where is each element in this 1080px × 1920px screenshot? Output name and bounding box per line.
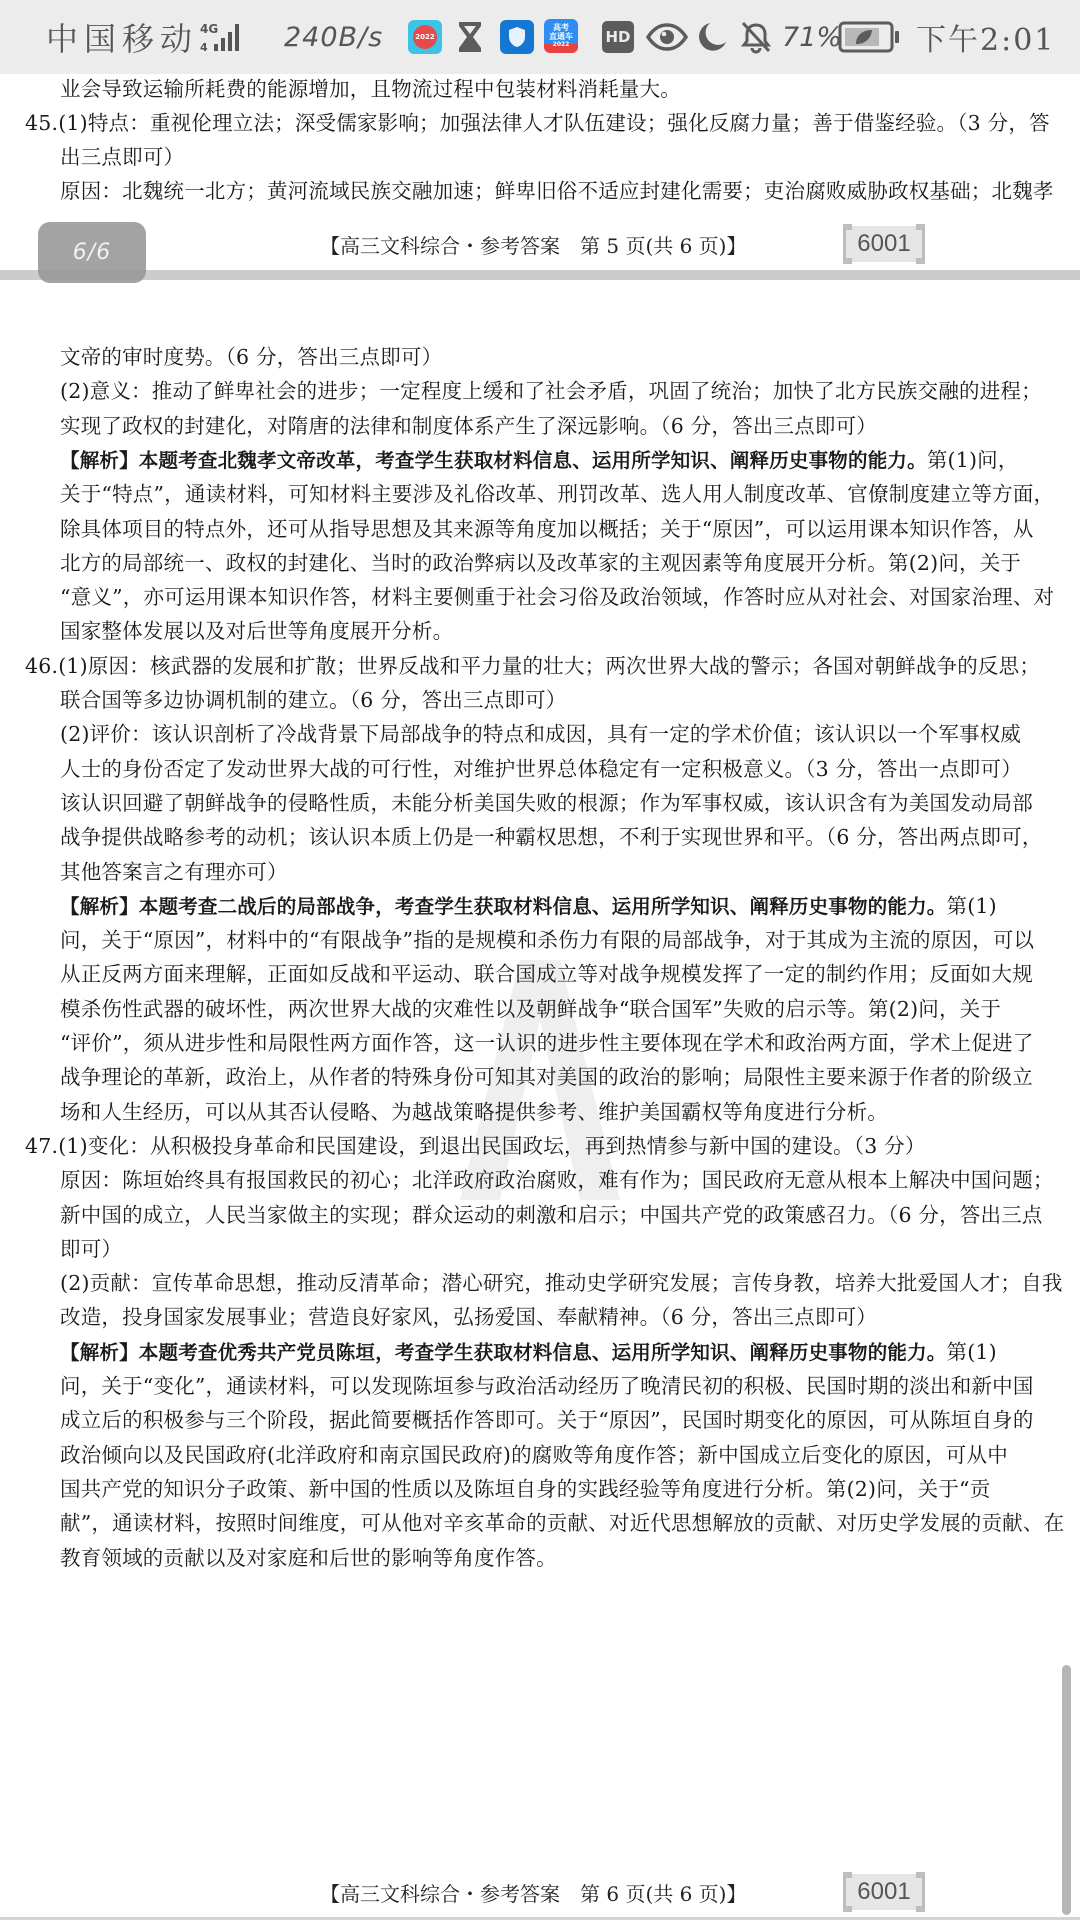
line-text: 联合国等多边协调机制的建立。（6 分，答出三点即可） xyxy=(60,688,567,712)
text-line: 国家整体发展以及对后世等角度展开分析。 xyxy=(60,614,453,648)
text-line: 除具体项目的特点外，还可从指导思想及其来源等角度加以概括；关于“原因”，可以运用… xyxy=(60,512,1034,546)
page-6-code: 6001 xyxy=(846,1874,922,1910)
text-line: 业会导致运输所耗费的能源增加，且物流过程中包装材料消耗量大。 xyxy=(60,72,681,106)
line-text: 教育领域的贡献以及对家庭和后世的影响等角度作答。 xyxy=(60,1546,557,1570)
line-text: 从正反两方面来理解，正面如反战和平运动、联合国成立等对战争规模发挥了一定的制约作… xyxy=(60,962,1033,986)
bell-muted-icon xyxy=(740,0,772,74)
svg-text:4: 4 xyxy=(200,41,208,54)
text-line: 45.(1)特点：重视伦理立法；深受儒家影响；加强法律人才队伍建设；强化反腐力量… xyxy=(25,106,1050,140)
line-text: 国家整体发展以及对后世等角度展开分析。 xyxy=(60,619,453,643)
analysis-heading: 【解析】本题考查二战后的局部战争，考查学生获取材料信息、运用所学知识、阐释历史事… xyxy=(60,895,947,918)
text-line: (2)意义：推动了鲜卑社会的进步；一定程度上缓和了社会矛盾，巩固了统治；加快了北… xyxy=(60,374,1042,408)
text-line: 关于“特点”，通读材料，可知材料主要涉及礼俗改革、刑罚改革、选人用人制度改革、官… xyxy=(60,477,1054,511)
text-line: 从正反两方面来理解，正面如反战和平运动、联合国成立等对战争规模发挥了一定的制约作… xyxy=(60,957,1033,991)
line-text: 第(1)问， xyxy=(927,448,1019,472)
analysis-line: 【解析】本题考查北魏孝文帝改革，考查学生获取材料信息、运用所学知识、阐释历史事物… xyxy=(60,443,1019,478)
line-text: 国共产党的知识分子政策、新中国的性质以及陈垣自身的实践经验等角度进行分析。第(2… xyxy=(60,1477,990,1501)
line-text: 原因：陈垣始终具有报国救民的初心；北洋政府政治腐败，难有作为；国民政府无意从根本… xyxy=(60,1168,1054,1192)
line-text: 46.(1)原因：核武器的发展和扩散；世界反战和平力量的壮大；两次世界大战的警示… xyxy=(25,654,1040,678)
analysis-heading: 【解析】本题考查北魏孝文帝改革，考查学生获取材料信息、运用所学知识、阐释历史事物… xyxy=(60,449,927,472)
line-text: 该认识回避了朝鲜战争的侵略性质，未能分析美国失败的根源；作为军事权威，该认识含有… xyxy=(60,791,1033,815)
line-text: 新中国的成立，人民当家做主的实现；群众运动的刺激和启示；中国共产党的政策感召力。… xyxy=(60,1203,1043,1227)
line-text: 成立后的积极参与三个阶段，据此简要概括作答即可。关于“原因”，民国时期变化的原因… xyxy=(60,1408,1034,1432)
line-text: 战争理论的革新，政治上，从作者的特殊身份可知其对美国的政治的影响；局限性主要来源… xyxy=(60,1065,1033,1089)
shield-app-icon xyxy=(500,20,534,54)
text-line: 联合国等多边协调机制的建立。（6 分，答出三点即可） xyxy=(60,683,567,717)
text-line: 模杀伤性武器的破坏性，两次世界大战的灾难性以及朝鲜战争“联合国军”失败的启示等。… xyxy=(60,992,1001,1026)
text-line: 该认识回避了朝鲜战争的侵略性质，未能分析美国失败的根源；作为军事权威，该认识含有… xyxy=(60,786,1033,820)
line-text: 关于“特点”，通读材料，可知材料主要涉及礼俗改革、刑罚改革、选人用人制度改革、官… xyxy=(60,482,1054,506)
analysis-line: 【解析】本题考查优秀共产党员陈垣，考查学生获取材料信息、运用所学知识、阐释历史事… xyxy=(60,1335,997,1370)
line-text: 问，关于“变化”，通读材料，可以发现陈垣参与政治活动经历了晚清民初的积极、民国时… xyxy=(60,1374,1034,1398)
text-line: 北方的局部统一、政权的封建化、当时的政治弊病以及改革家的主观因素等角度展开分析。… xyxy=(60,546,1021,580)
do-not-disturb-moon-icon xyxy=(696,0,728,74)
zhitongche-year: 2022 xyxy=(553,41,570,49)
page-5-code: 6001 xyxy=(846,226,922,262)
zhitongche-label: 高考 xyxy=(553,23,569,32)
line-text: 人士的身份否定了发动世界大战的可行性，对维护世界总体稳定有一定积极意义。（3 分… xyxy=(60,757,1022,781)
line-text: (2)贡献：宣传革命思想，推动反清革命；潜心研究，推动史学研究发展；言传身教，培… xyxy=(60,1271,1063,1295)
text-line: 新中国的成立，人民当家做主的实现；群众运动的刺激和启示；中国共产党的政策感召力。… xyxy=(60,1198,1043,1232)
signal-4g-icon: 4G 4 xyxy=(200,0,248,74)
clock: 下午2:01 xyxy=(916,0,1055,74)
analysis-heading: 【解析】本题考查优秀共产党员陈垣，考查学生获取材料信息、运用所学知识、阐释历史事… xyxy=(60,1341,947,1364)
carrier-name: 中国移动 xyxy=(46,0,198,74)
hd-icon: HD xyxy=(602,21,634,53)
line-text: 场和人生经历，可以从其否认侵略、为越战策略提供参考、维护美国霸权等角度进行分析。 xyxy=(60,1100,888,1124)
text-line: 人士的身份否定了发动世界大战的可行性，对维护世界总体稳定有一定积极意义。（3 分… xyxy=(60,752,1022,786)
text-line: 战争理论的革新，政治上，从作者的特殊身份可知其对美国的政治的影响；局限性主要来源… xyxy=(60,1060,1033,1094)
text-line: 教育领域的贡献以及对家庭和后世的影响等角度作答。 xyxy=(60,1541,557,1575)
page-separator xyxy=(0,270,1080,280)
line-text: 问，关于“原因”，材料中的“有限战争”指的是规模和杀伤力有限的局部战争，对于其成… xyxy=(60,928,1034,952)
text-line: (2)评价：该认识剖析了冷战背景下局部战争的特点和成因，具有一定的学术价值；该认… xyxy=(60,717,1021,751)
line-text: 改造，投身国家发展事业；营造良好家风，弘扬爱国、奉献精神。（6 分，答出三点即可… xyxy=(60,1305,877,1329)
svg-text:4G: 4G xyxy=(200,22,218,36)
text-line: 国共产党的知识分子政策、新中国的性质以及陈垣自身的实践经验等角度进行分析。第(2… xyxy=(60,1472,990,1506)
line-text: 即可） xyxy=(60,1237,122,1261)
line-text: (2)评价：该认识剖析了冷战背景下局部战争的特点和成因，具有一定的学术价值；该认… xyxy=(60,722,1021,746)
text-line: 其他答案言之有理亦可） xyxy=(60,855,288,889)
battery-saver-icon xyxy=(838,0,902,74)
line-text: “意义”，亦可运用课本知识作答，材料主要侧重于社会习俗及政治领域，作答时应从对社… xyxy=(60,585,1054,609)
text-line: 原因：北魏统一北方；黄河流域民族交融加速；鲜卑旧俗不适应封建化需要；吏治腐败威胁… xyxy=(60,174,1054,208)
zhitongche-label-2: 直通车 xyxy=(549,32,573,41)
text-line: 46.(1)原因：核武器的发展和扩散；世界反战和平力量的壮大；两次世界大战的警示… xyxy=(25,649,1040,683)
page-indicator: 6/6 xyxy=(38,222,146,283)
text-line: 实现了政权的封建化，对隋唐的法律和制度体系产生了深远影响。（6 分，答出三点即可… xyxy=(60,409,877,443)
line-text: (2)意义：推动了鲜卑社会的进步；一定程度上缓和了社会矛盾，巩固了统治；加快了北… xyxy=(60,379,1042,403)
text-line: 47.(1)变化：从积极投身革命和民国建设，到退出民国政坛，再到热情参与新中国的… xyxy=(25,1129,926,1163)
line-text: 政治倾向以及民国政府(北洋政府和南京国民政府)的腐败等角度作答；新中国成立后变化… xyxy=(60,1443,1008,1467)
scrollbar[interactable] xyxy=(1062,1665,1071,1915)
text-line: 文帝的审时度势。（6 分，答出三点即可） xyxy=(60,340,442,374)
line-text: 47.(1)变化：从积极投身革命和民国建设，到退出民国政坛，再到热情参与新中国的… xyxy=(25,1134,926,1158)
gaokao-2022-app-icon: 2022 xyxy=(408,20,442,54)
line-text: 第(1) xyxy=(947,1340,997,1364)
text-line: 问，关于“原因”，材料中的“有限战争”指的是规模和杀伤力有限的局部战争，对于其成… xyxy=(60,923,1034,957)
line-text: 其他答案言之有理亦可） xyxy=(60,860,288,884)
eye-comfort-icon xyxy=(646,0,688,74)
line-text: 战争提供战略参考的动机；该认识本质上仍是一种霸权思想，不利于实现世界和平。（6 … xyxy=(60,825,1043,849)
battery-percent: 71% xyxy=(782,0,842,74)
text-line: 政治倾向以及民国政府(北洋政府和南京国民政府)的腐败等角度作答；新中国成立后变化… xyxy=(60,1438,1008,1472)
text-line: 战争提供战略参考的动机；该认识本质上仍是一种霸权思想，不利于实现世界和平。（6 … xyxy=(60,820,1043,854)
network-speed: 240B/s xyxy=(284,0,383,74)
text-line: 即可） xyxy=(60,1232,122,1266)
text-line: 原因：陈垣始终具有报国救民的初心；北洋政府政治腐败，难有作为；国民政府无意从根本… xyxy=(60,1163,1054,1197)
gaokao-zhitongche-app-icon: 高考 直通车 2022 xyxy=(544,19,578,53)
line-text: 献”，通读材料，按照时间维度，可从他对辛亥革命的贡献、对近代思想解放的贡献、对历… xyxy=(60,1511,1064,1535)
text-line: 场和人生经历，可以从其否认侵略、为越战策略提供参考、维护美国霸权等角度进行分析。 xyxy=(60,1095,888,1129)
text-line: (2)贡献：宣传革命思想，推动反清革命；潜心研究，推动史学研究发展；言传身教，培… xyxy=(60,1266,1063,1300)
text-line: 成立后的积极参与三个阶段，据此简要概括作答即可。关于“原因”，民国时期变化的原因… xyxy=(60,1403,1034,1437)
page-6-footer: 【高三文科综合・参考答案 第 6 页(共 6 页)】 xyxy=(320,1878,746,1907)
line-text: 北方的局部统一、政权的封建化、当时的政治弊病以及改革家的主观因素等角度展开分析。… xyxy=(60,551,1021,575)
text-line: 问，关于“变化”，通读材料，可以发现陈垣参与政治活动经历了晚清民初的积极、民国时… xyxy=(60,1369,1034,1403)
analysis-line: 【解析】本题考查二战后的局部战争，考查学生获取材料信息、运用所学知识、阐释历史事… xyxy=(60,889,997,924)
text-line: 出三点即可） xyxy=(60,140,184,174)
line-text: 第(1) xyxy=(947,894,997,918)
status-bar: 中国移动 4G 4 240B/s 2022 高考 直通车 2022 HD 71% xyxy=(0,0,1080,74)
text-line: “评价”，须从进步性和局限性两方面作答，这一认识的进步性主要体现在学术和政治两方… xyxy=(60,1026,1034,1060)
line-text: “评价”，须从进步性和局限性两方面作答，这一认识的进步性主要体现在学术和政治两方… xyxy=(60,1031,1034,1055)
page-5-footer: 【高三文科综合・参考答案 第 5 页(共 6 页)】 xyxy=(320,230,746,259)
line-text: 文帝的审时度势。（6 分，答出三点即可） xyxy=(60,345,442,369)
hourglass-icon xyxy=(456,0,484,74)
line-text: 除具体项目的特点外，还可从指导思想及其来源等角度加以概括；关于“原因”，可以运用… xyxy=(60,517,1034,541)
line-text: 模杀伤性武器的破坏性，两次世界大战的灾难性以及朝鲜战争“联合国军”失败的启示等。… xyxy=(60,997,1001,1021)
text-line: 献”，通读材料，按照时间维度，可从他对辛亥革命的贡献、对近代思想解放的贡献、对历… xyxy=(60,1506,1064,1540)
text-line: “意义”，亦可运用课本知识作答，材料主要侧重于社会习俗及政治领域，作答时应从对社… xyxy=(60,580,1054,614)
line-text: 实现了政权的封建化，对隋唐的法律和制度体系产生了深远影响。（6 分，答出三点即可… xyxy=(60,414,877,438)
text-line: 改造，投身国家发展事业；营造良好家风，弘扬爱国、奉献精神。（6 分，答出三点即可… xyxy=(60,1300,877,1334)
